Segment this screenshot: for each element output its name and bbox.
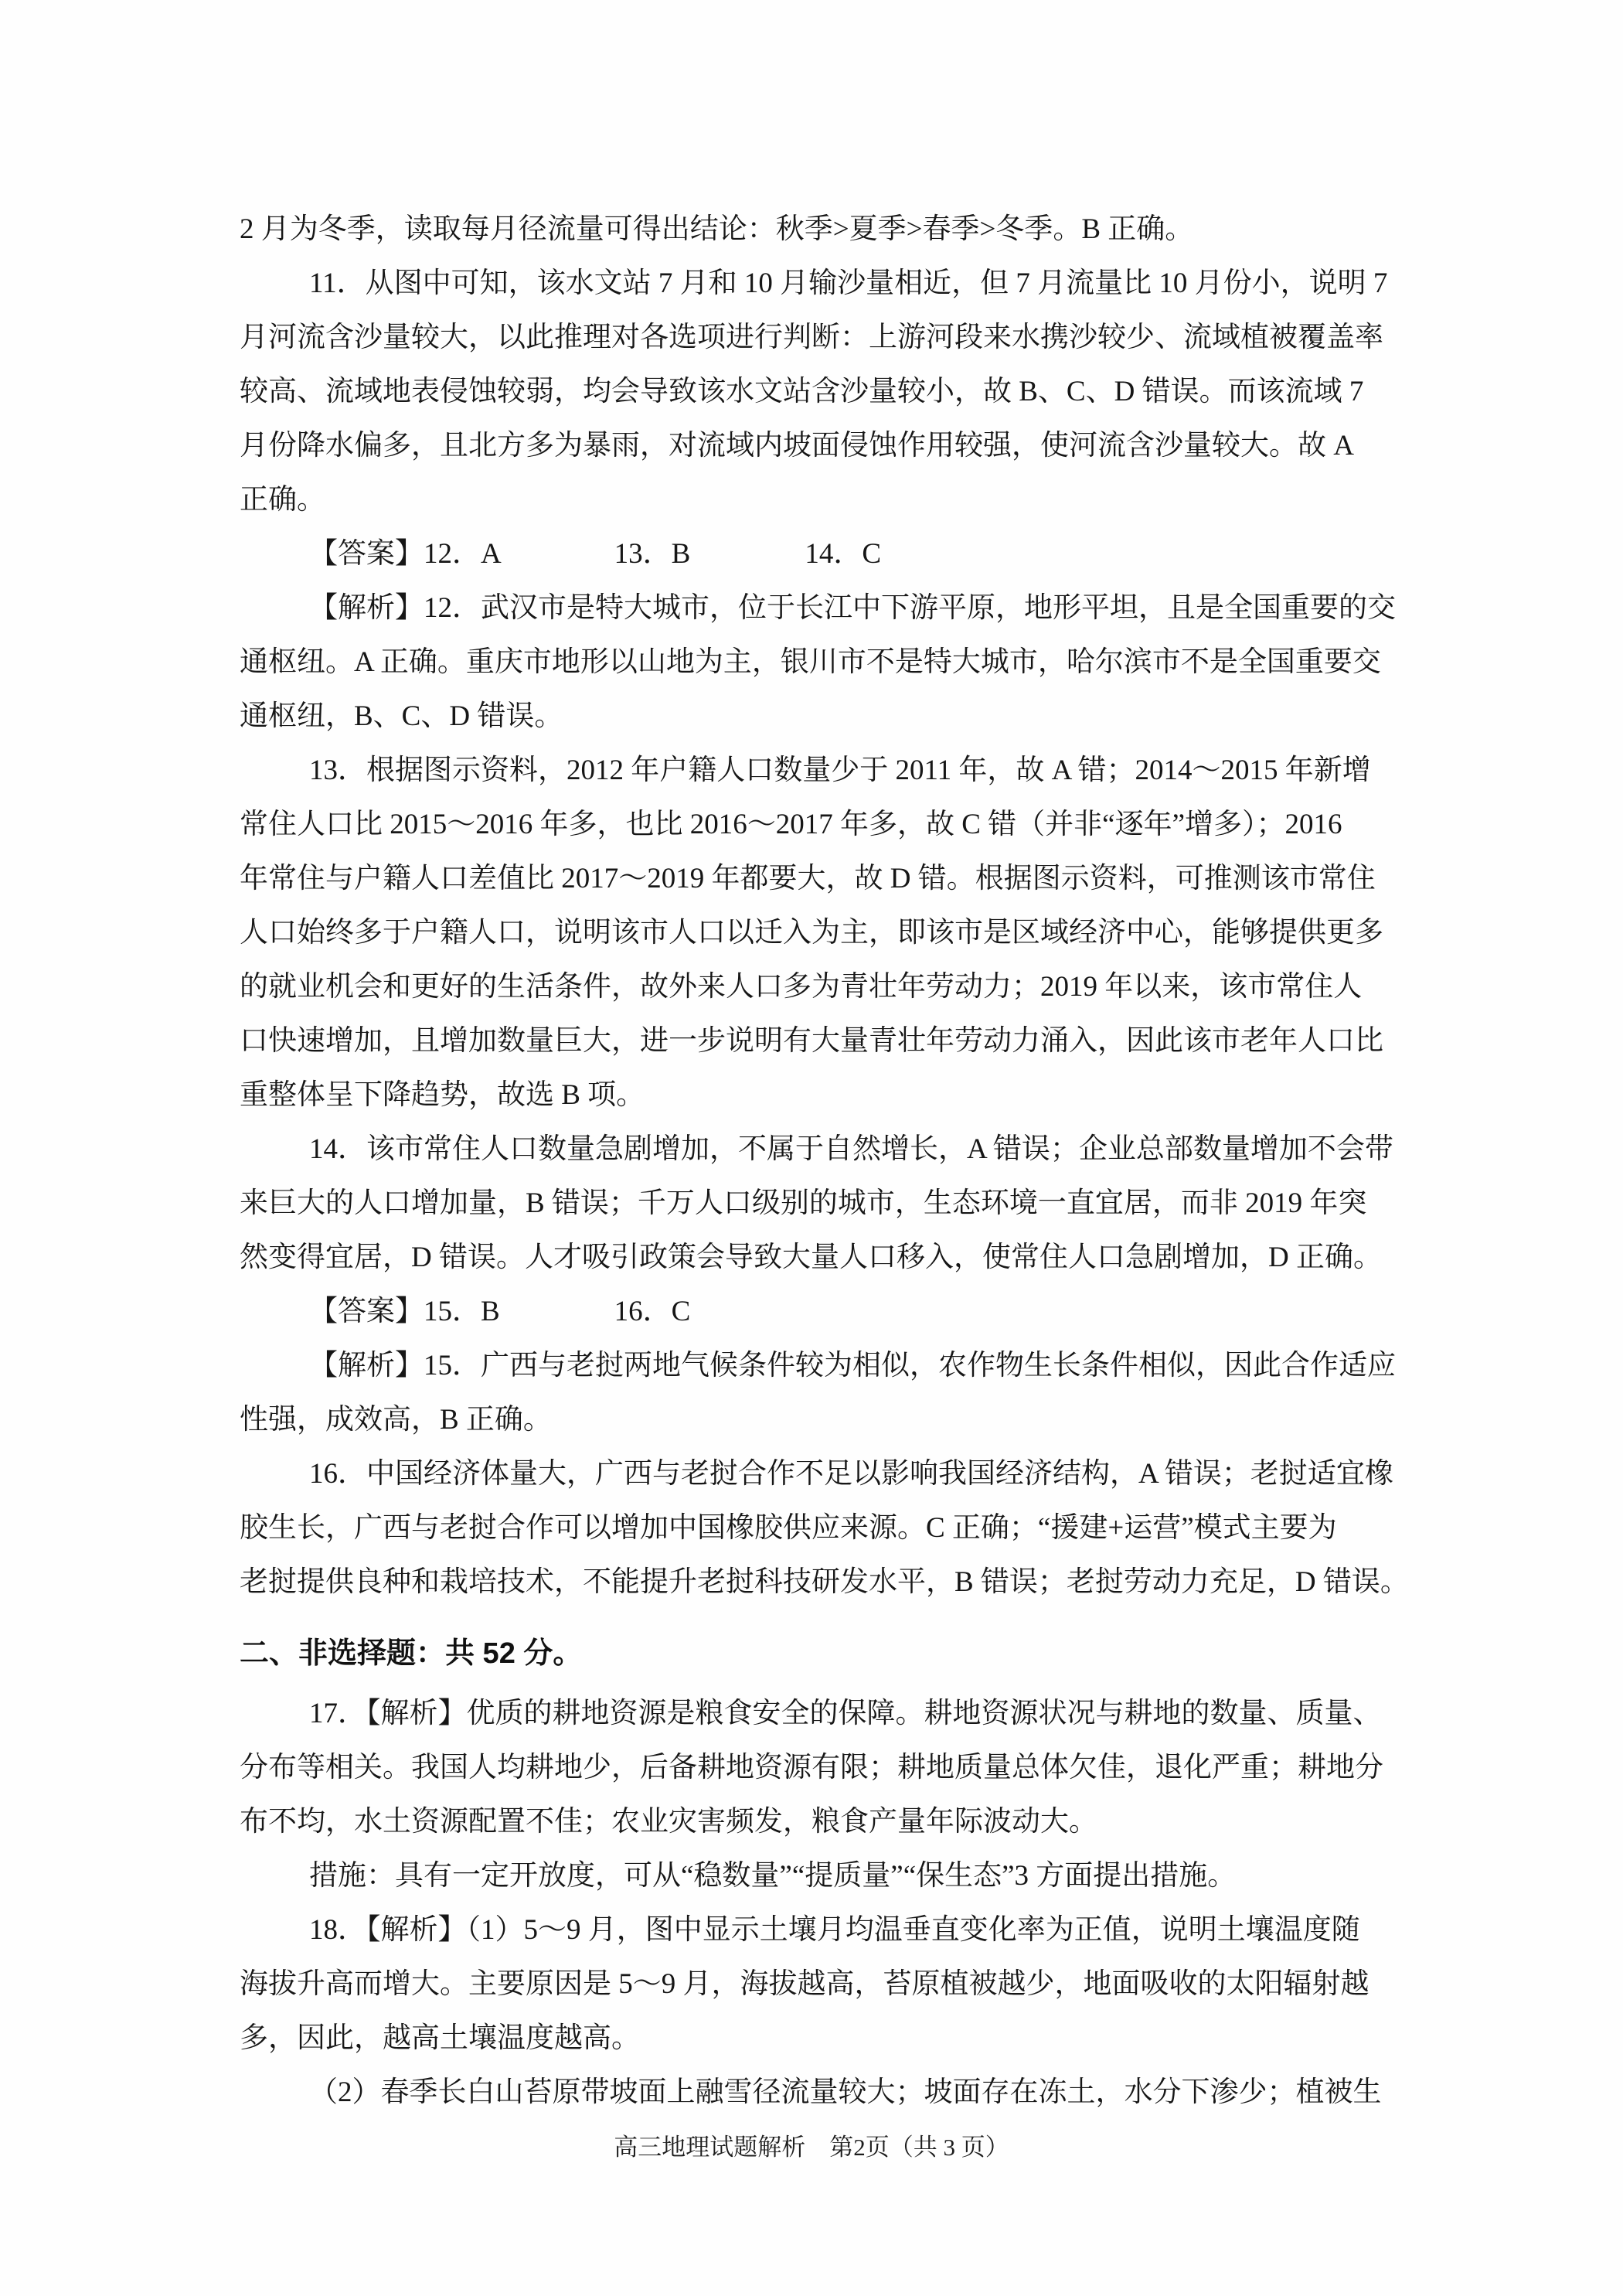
text-line-14: 人口始终多于户籍人口，说明该市人口以迁入为主，即该市是区域经济中心，能够提供更多 <box>240 906 1391 960</box>
text-line-4: 较高、流域地表侵蚀较弱，均会导致该水文站含沙量较小，故 B、C、D 错误。而该流… <box>240 365 1391 419</box>
text-line-17: 重整体呈下降趋势，故选 B 项。 <box>240 1068 1391 1122</box>
text-line-9: 通枢纽。A 正确。重庆市地形以山地为主，银川市不是特大城市，哈尔滨市不是全国重要… <box>240 635 1391 690</box>
text-line-6: 正确。 <box>240 473 1391 527</box>
text-line-2: 11．从图中可知，该水文站 7 月和 10 月输沙量相近，但 7 月流量比 10… <box>240 257 1391 311</box>
sub-question-2-line: （2）春季长白山苔原带坡面上融雪径流量较大；坡面存在冻土，水分下渗少；植被生 <box>240 2066 1391 2120</box>
analysis-line-17: 17．【解析】优质的耕地资源是粮食安全的保障。耕地资源状况与耕地的数量、质量、 <box>240 1687 1391 1741</box>
text-line-25: 胶生长，广西与老挝合作可以增加中国橡胶供应来源。C 正确；“援建+运营”模式主要… <box>240 1501 1391 1555</box>
analysis-line-18: 18．【解析】（1）5～9 月，图中显示土壤月均温垂直变化率为正值，说明土壤温度… <box>240 1903 1391 1957</box>
text-line-23: 性强，成效高，B 正确。 <box>240 1393 1391 1447</box>
section-2-heading: 二、非选择题：共 52 分。 <box>240 1627 1391 1681</box>
text-line-5: 月份降水偏多，且北方多为暴雨，对流域内坡面侵蚀作用较强，使河流含沙量较大。故 A <box>240 419 1391 473</box>
text-line-16: 口快速增加，且增加数量巨大，进一步说明有大量青壮年劳动力涌入，因此该市老年人口比 <box>240 1014 1391 1068</box>
analysis-line-12: 【解析】12．武汉市是特大城市，位于长江中下游平原，地形平坦，且是全国重要的交 <box>240 581 1391 635</box>
answer-line-15-16: 【答案】15．B 16．C <box>240 1285 1391 1339</box>
document-body: 2 月为冬季，读取每月径流量可得出结论：秋季>夏季>春季>冬季。B 正确。 11… <box>240 203 1391 2120</box>
text-line-33: 海拔升高而增大。主要原因是 5～9 月，海拔越高，苔原植被越少，地面吸收的太阳辐… <box>240 1957 1391 2012</box>
text-line-30: 布不均，水土资源配置不佳；农业灾害频发，粮食产量年际波动大。 <box>240 1795 1391 1849</box>
text-line-12: 常住人口比 2015～2016 年多，也比 2016～2017 年多，故 C 错… <box>240 798 1391 852</box>
text-line-19: 来巨大的人口增加量，B 错误；千万人口级别的城市，生态环境一直宜居，而非 201… <box>240 1177 1391 1231</box>
text-line-1: 2 月为冬季，读取每月径流量可得出结论：秋季>夏季>春季>冬季。B 正确。 <box>240 203 1391 257</box>
analysis-line-13: 13．根据图示资料，2012 年户籍人口数量少于 2011 年，故 A 错；20… <box>240 744 1391 798</box>
text-line-34: 多，因此，越高土壤温度越高。 <box>240 2012 1391 2066</box>
text-line-15: 的就业机会和更好的生活条件，故外来人口多为青壮年劳动力；2019 年以来，该市常… <box>240 960 1391 1014</box>
measures-line: 措施：具有一定开放度，可从“稳数量”“提质量”“保生态”3 方面提出措施。 <box>240 1849 1391 1903</box>
text-line-29: 分布等相关。我国人均耕地少，后备耕地资源有限；耕地质量总体欠佳，退化严重；耕地分 <box>240 1741 1391 1795</box>
answer-line-12-14: 【答案】12．A 13．B 14．C <box>240 527 1391 581</box>
analysis-line-16: 16．中国经济体量大，广西与老挝合作不足以影响我国经济结构，A 错误；老挝适宜橡 <box>240 1447 1391 1501</box>
text-line-13: 年常住与户籍人口差值比 2017～2019 年都要大，故 D 错。根据图示资料，… <box>240 852 1391 906</box>
document-page: 2 月为冬季，读取每月径流量可得出结论：秋季>夏季>春季>冬季。B 正确。 11… <box>0 0 1623 2296</box>
page-footer: 高三地理试题解析 第2页（共 3 页） <box>0 2127 1623 2162</box>
text-line-3: 月河流含沙量较大，以此推理对各选项进行判断：上游河段来水携沙较少、流域植被覆盖率 <box>240 311 1391 365</box>
text-line-20: 然变得宜居，D 错误。人才吸引政策会导致大量人口移入，使常住人口急剧增加，D 正… <box>240 1231 1391 1285</box>
analysis-line-15: 【解析】15．广西与老挝两地气候条件较为相似，农作物生长条件相似，因此合作适应 <box>240 1339 1391 1393</box>
text-line-10: 通枢纽，B、C、D 错误。 <box>240 690 1391 744</box>
analysis-line-14: 14．该市常住人口数量急剧增加，不属于自然增长，A 错误；企业总部数量增加不会带 <box>240 1122 1391 1177</box>
text-line-26: 老挝提供良种和栽培技术，不能提升老挝科技研发水平，B 错误；老挝劳动力充足，D … <box>240 1555 1391 1610</box>
